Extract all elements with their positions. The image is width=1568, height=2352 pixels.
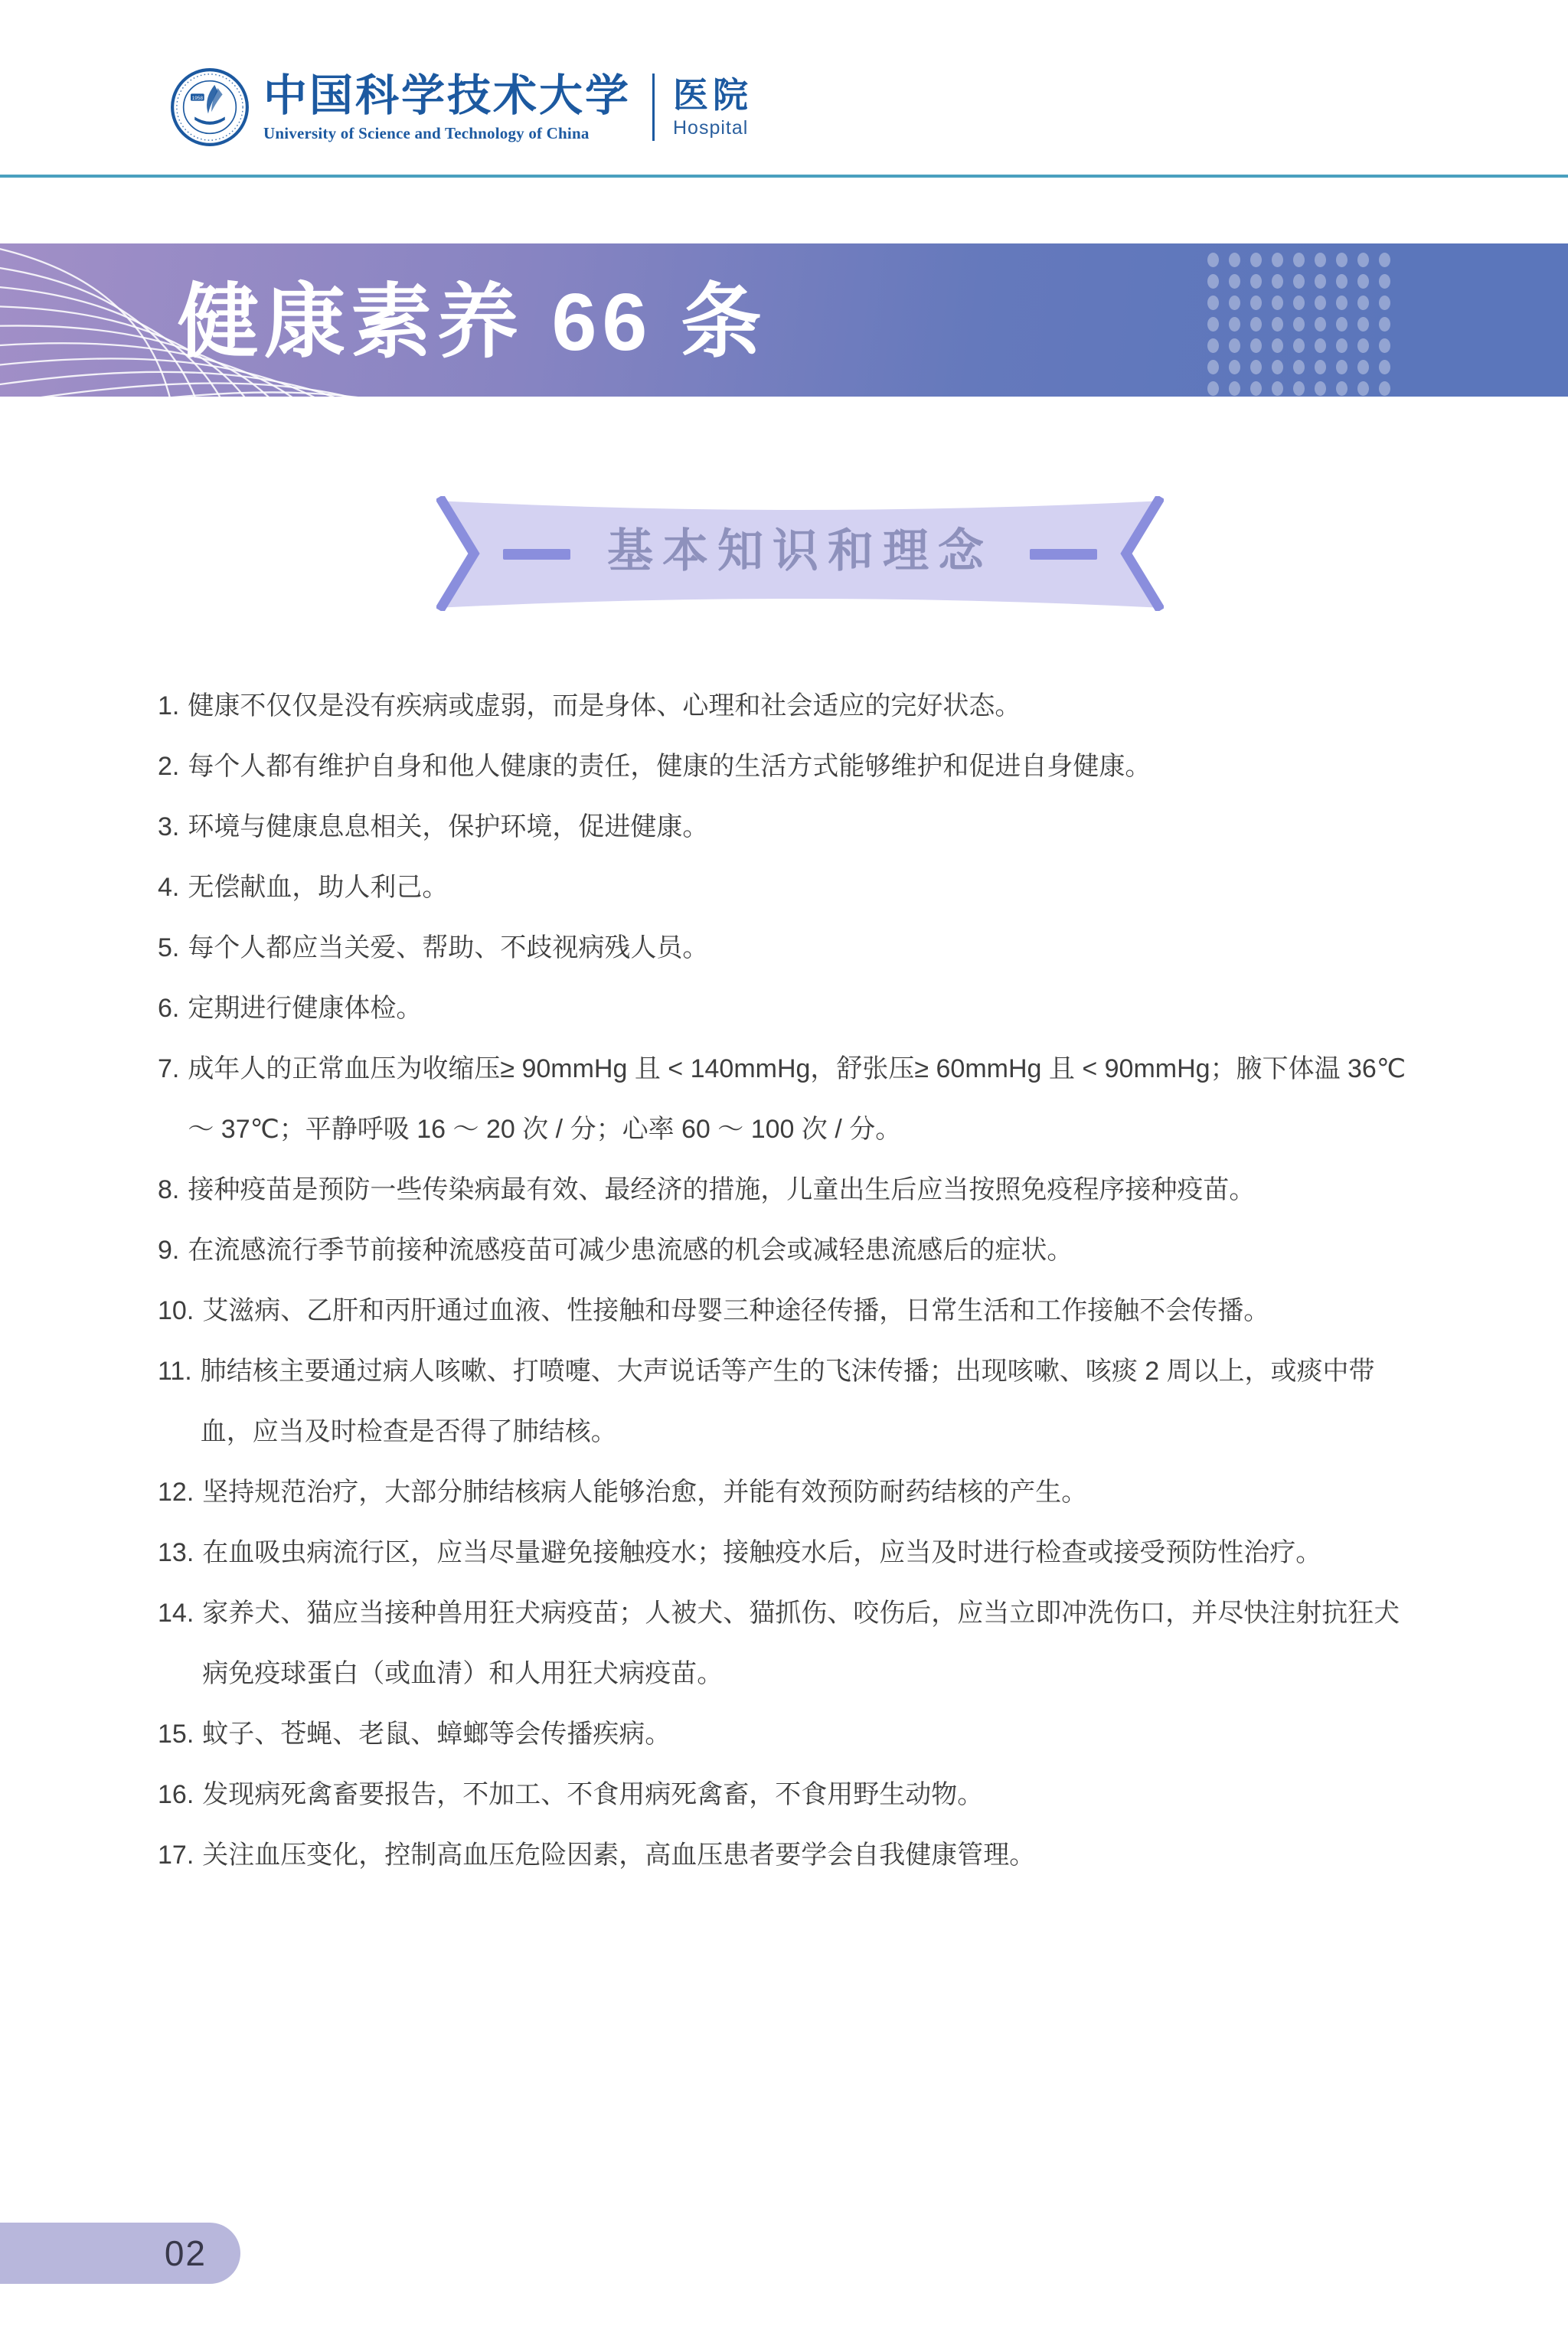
page-number: 02	[165, 2233, 207, 2274]
dot-icon	[1379, 360, 1390, 374]
list-item: 17.关注血压变化，控制高血压危险因素，高血压患者要学会自我健康管理。	[158, 1825, 1423, 1886]
list-item: 13.在血吸虫病流行区，应当尽量避免接触疫水；接触疫水后，应当及时进行检查或接受…	[158, 1523, 1423, 1583]
dot-icon	[1250, 296, 1262, 310]
item-number: 12.	[158, 1462, 202, 1523]
list-item: 12.坚持规范治疗，大部分肺结核病人能够治愈，并能有效预防耐药结核的产生。	[158, 1462, 1423, 1523]
item-text: 坚持规范治疗，大部分肺结核病人能够治愈，并能有效预防耐药结核的产生。	[202, 1462, 1423, 1523]
dot-icon	[1207, 253, 1219, 267]
dot-icon	[1207, 317, 1219, 332]
dot-icon	[1250, 338, 1262, 353]
dot-icon	[1336, 317, 1347, 332]
university-seal-icon: 1958	[170, 67, 250, 147]
dot-icon	[1207, 296, 1219, 310]
dot-icon	[1250, 317, 1262, 332]
hospital-name-en: Hospital	[673, 117, 748, 139]
ribbon-content: 基本知识和理念	[436, 496, 1164, 611]
dot-icon	[1336, 253, 1347, 267]
list-item: 5.每个人都应当关爱、帮助、不歧视病残人员。	[158, 918, 1423, 978]
page-title: 健康素养 66 条	[178, 282, 767, 363]
dot-icon	[1315, 338, 1326, 353]
item-text: 每个人都有维护自身和他人健康的责任，健康的生活方式能够维护和促进自身健康。	[188, 737, 1423, 797]
list-item: 3.环境与健康息息相关，保护环境，促进健康。	[158, 797, 1423, 857]
item-number: 5.	[158, 918, 188, 978]
item-number: 6.	[158, 978, 188, 1039]
dot-icon	[1293, 296, 1305, 310]
item-text: 发现病死禽畜要报告，不加工、不食用病死禽畜，不食用野生动物。	[202, 1765, 1423, 1825]
dot-icon	[1336, 338, 1347, 353]
dot-icon	[1357, 253, 1369, 267]
section-ribbon: 基本知识和理念	[436, 496, 1164, 611]
dot-icon	[1229, 381, 1240, 396]
item-number: 11.	[158, 1341, 201, 1402]
item-text: 在血吸虫病流行区，应当尽量避免接触疫水；接触疫水后，应当及时进行检查或接受预防性…	[202, 1523, 1423, 1583]
dot-icon	[1293, 253, 1305, 267]
dot-icon	[1229, 338, 1240, 353]
item-number: 9.	[158, 1220, 188, 1281]
university-name-block: 中国科学技术大学 University of Science and Techn…	[263, 72, 631, 143]
dot-icon	[1207, 360, 1219, 374]
dot-icon	[1357, 296, 1369, 310]
dot-icon	[1357, 274, 1369, 289]
item-number: 13.	[158, 1523, 202, 1583]
dot-icon	[1379, 317, 1390, 332]
item-text: 成年人的正常血压为收缩压≥ 90mmHg 且 < 140mmHg，舒张压≥ 60…	[188, 1039, 1423, 1160]
dot-icon	[1272, 317, 1283, 332]
dot-icon	[1379, 253, 1390, 267]
university-name-cn: 中国科学技术大学	[263, 72, 631, 119]
list-item: 15.蚊子、苍蝇、老鼠、蟑螂等会传播疾病。	[158, 1704, 1423, 1765]
page-number-pill: 02	[0, 2223, 240, 2284]
header-rule	[0, 175, 1568, 178]
item-text: 在流感流行季节前接种流感疫苗可减少患流感的机会或减轻患流感后的症状。	[188, 1220, 1423, 1281]
dot-icon	[1272, 274, 1283, 289]
dot-icon	[1357, 381, 1369, 396]
dot-icon	[1293, 338, 1305, 353]
item-text: 健康不仅仅是没有疾病或虚弱，而是身体、心理和社会适应的完好状态。	[188, 676, 1423, 737]
dot-icon	[1272, 338, 1283, 353]
header: 1958 中国科学技术大学 University of Science and …	[170, 67, 753, 147]
item-number: 15.	[158, 1704, 202, 1765]
dot-icon	[1207, 381, 1219, 396]
dot-icon	[1250, 253, 1262, 267]
item-number: 4.	[158, 857, 188, 918]
item-text: 关注血压变化，控制高血压危险因素，高血压患者要学会自我健康管理。	[202, 1825, 1423, 1886]
list-item: 10.艾滋病、乙肝和丙肝通过血液、性接触和母婴三种途径传播，日常生活和工作接触不…	[158, 1281, 1423, 1341]
dot-icon	[1229, 360, 1240, 374]
hospital-name-cn: 医院	[673, 76, 753, 114]
dot-icon	[1315, 253, 1326, 267]
dot-icon	[1357, 360, 1369, 374]
dot-icon	[1379, 338, 1390, 353]
item-text: 家养犬、猫应当接种兽用狂犬病疫苗；人被犬、猫抓伤、咬伤后，应当立即冲洗伤口，并尽…	[202, 1583, 1423, 1704]
item-number: 16.	[158, 1765, 202, 1825]
item-number: 2.	[158, 737, 188, 797]
dot-icon	[1229, 274, 1240, 289]
dot-icon	[1272, 296, 1283, 310]
dot-icon	[1250, 360, 1262, 374]
dot-icon	[1250, 381, 1262, 396]
dot-icon	[1207, 274, 1219, 289]
dot-icon	[1293, 360, 1305, 374]
list-item: 1.健康不仅仅是没有疾病或虚弱，而是身体、心理和社会适应的完好状态。	[158, 676, 1423, 737]
dot-icon	[1379, 274, 1390, 289]
dot-icon	[1229, 296, 1240, 310]
dot-icon	[1379, 296, 1390, 310]
dots-grid-icon	[1207, 253, 1390, 396]
logo-divider	[652, 73, 655, 141]
list-item: 2.每个人都有维护自身和他人健康的责任，健康的生活方式能够维护和促进自身健康。	[158, 737, 1423, 797]
item-text: 蚊子、苍蝇、老鼠、蟑螂等会传播疾病。	[202, 1704, 1423, 1765]
dot-icon	[1379, 381, 1390, 396]
dot-icon	[1229, 317, 1240, 332]
list-item: 16.发现病死禽畜要报告，不加工、不食用病死禽畜，不食用野生动物。	[158, 1765, 1423, 1825]
item-text: 定期进行健康体检。	[188, 978, 1423, 1039]
item-number: 7.	[158, 1039, 188, 1099]
item-text: 每个人都应当关爱、帮助、不歧视病残人员。	[188, 918, 1423, 978]
section-title: 基本知识和理念	[607, 528, 993, 579]
dot-icon	[1357, 317, 1369, 332]
item-text: 肺结核主要通过病人咳嗽、打喷嚏、大声说话等产生的飞沫传播；出现咳嗽、咳痰 2 周…	[201, 1341, 1423, 1462]
hospital-block: 医院 Hospital	[673, 76, 753, 139]
list-item: 6.定期进行健康体检。	[158, 978, 1423, 1039]
dot-icon	[1315, 381, 1326, 396]
item-number: 1.	[158, 676, 188, 737]
dot-icon	[1293, 381, 1305, 396]
item-text: 接种疫苗是预防一些传染病最有效、最经济的措施，儿童出生后应当按照免疫程序接种疫苗…	[188, 1160, 1423, 1220]
item-text: 无偿献血，助人利己。	[188, 857, 1423, 918]
dot-icon	[1207, 338, 1219, 353]
dot-icon	[1336, 296, 1347, 310]
list-item: 11.肺结核主要通过病人咳嗽、打喷嚏、大声说话等产生的飞沫传播；出现咳嗽、咳痰 …	[158, 1341, 1423, 1462]
dot-icon	[1336, 381, 1347, 396]
literacy-list: 1.健康不仅仅是没有疾病或虚弱，而是身体、心理和社会适应的完好状态。2.每个人都…	[158, 676, 1423, 1886]
dot-icon	[1250, 274, 1262, 289]
dot-icon	[1272, 253, 1283, 267]
list-item: 9.在流感流行季节前接种流感疫苗可减少患流感的机会或减轻患流感后的症状。	[158, 1220, 1423, 1281]
dot-icon	[1315, 274, 1326, 289]
item-text: 环境与健康息息相关，保护环境，促进健康。	[188, 797, 1423, 857]
seal-year: 1958	[192, 96, 204, 101]
item-number: 14.	[158, 1583, 202, 1644]
item-number: 8.	[158, 1160, 188, 1220]
title-banner: 健康素养 66 条	[0, 243, 1568, 397]
list-item: 8.接种疫苗是预防一些传染病最有效、最经济的措施，儿童出生后应当按照免疫程序接种…	[158, 1160, 1423, 1220]
item-number: 3.	[158, 797, 188, 857]
dot-icon	[1336, 274, 1347, 289]
dot-icon	[1315, 317, 1326, 332]
dot-icon	[1336, 360, 1347, 374]
dot-icon	[1315, 360, 1326, 374]
dot-icon	[1272, 360, 1283, 374]
dash-icon	[503, 549, 570, 560]
dash-icon	[1030, 549, 1097, 560]
list-item: 7.成年人的正常血压为收缩压≥ 90mmHg 且 < 140mmHg，舒张压≥ …	[158, 1039, 1423, 1160]
dot-icon	[1315, 296, 1326, 310]
dot-icon	[1229, 253, 1240, 267]
item-text: 艾滋病、乙肝和丙肝通过血液、性接触和母婴三种途径传播，日常生活和工作接触不会传播…	[202, 1281, 1423, 1341]
list-item: 4.无偿献血，助人利己。	[158, 857, 1423, 918]
dot-icon	[1293, 317, 1305, 332]
item-number: 17.	[158, 1825, 202, 1886]
dot-icon	[1357, 338, 1369, 353]
university-name-en: University of Science and Technology of …	[263, 124, 631, 143]
dot-icon	[1293, 274, 1305, 289]
item-number: 10.	[158, 1281, 202, 1341]
dot-icon	[1272, 381, 1283, 396]
list-item: 14.家养犬、猫应当接种兽用狂犬病疫苗；人被犬、猫抓伤、咬伤后，应当立即冲洗伤口…	[158, 1583, 1423, 1704]
